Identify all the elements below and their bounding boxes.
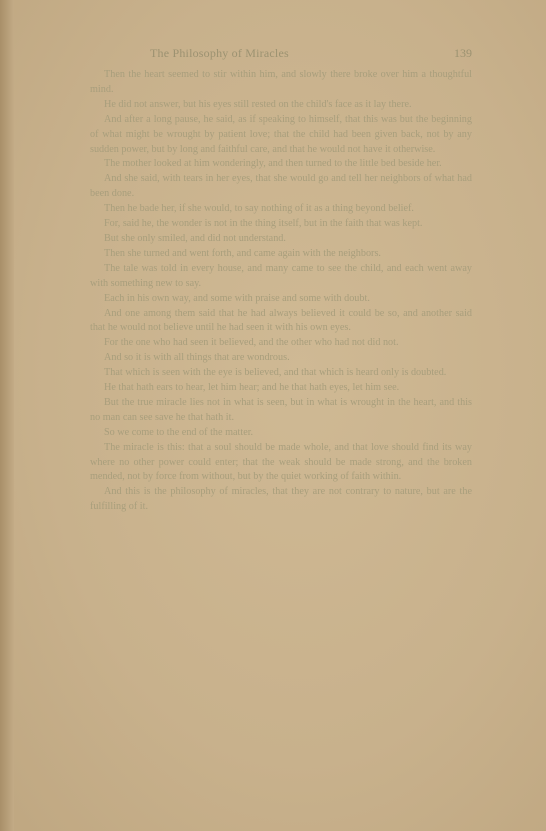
paragraph: And after a long pause, he said, as if s… bbox=[90, 113, 472, 158]
paragraph: Then the heart seemed to stir within him… bbox=[90, 68, 472, 98]
paragraph: The tale was told in every house, and ma… bbox=[90, 262, 472, 292]
paragraph: That which is seen with the eye is belie… bbox=[90, 366, 472, 381]
paragraph: The miracle is this: that a soul should … bbox=[90, 441, 472, 486]
paragraph: Each in his own way, and some with prais… bbox=[90, 292, 472, 307]
paragraph: Then she turned and went forth, and came… bbox=[90, 247, 472, 262]
paragraph: The mother looked at him wonderingly, an… bbox=[90, 157, 472, 172]
page-number: 139 bbox=[454, 46, 472, 61]
running-title: The Philosophy of Miracles bbox=[150, 46, 289, 61]
body-text: Then the heart seemed to stir within him… bbox=[90, 68, 472, 515]
paragraph: And one among them said that he had alwa… bbox=[90, 307, 472, 337]
paragraph: And so it is with all things that are wo… bbox=[90, 351, 472, 366]
page-edge-shadow bbox=[0, 0, 14, 831]
paragraph: For the one who had seen it believed, an… bbox=[90, 336, 472, 351]
paragraph: Then he bade her, if she would, to say n… bbox=[90, 202, 472, 217]
paragraph: But the true miracle lies not in what is… bbox=[90, 396, 472, 426]
paragraph: But she only smiled, and did not underst… bbox=[90, 232, 472, 247]
running-header: The Philosophy of Miracles 139 bbox=[90, 46, 470, 62]
paragraph: And she said, with tears in her eyes, th… bbox=[90, 172, 472, 202]
book-page: The Philosophy of Miracles 139 Then the … bbox=[0, 0, 546, 831]
paragraph: He did not answer, but his eyes still re… bbox=[90, 98, 472, 113]
paragraph: For, said he, the wonder is not in the t… bbox=[90, 217, 472, 232]
paragraph: He that hath ears to hear, let him hear;… bbox=[90, 381, 472, 396]
paragraph: So we come to the end of the matter. bbox=[90, 426, 472, 441]
paragraph: And this is the philosophy of miracles, … bbox=[90, 485, 472, 515]
